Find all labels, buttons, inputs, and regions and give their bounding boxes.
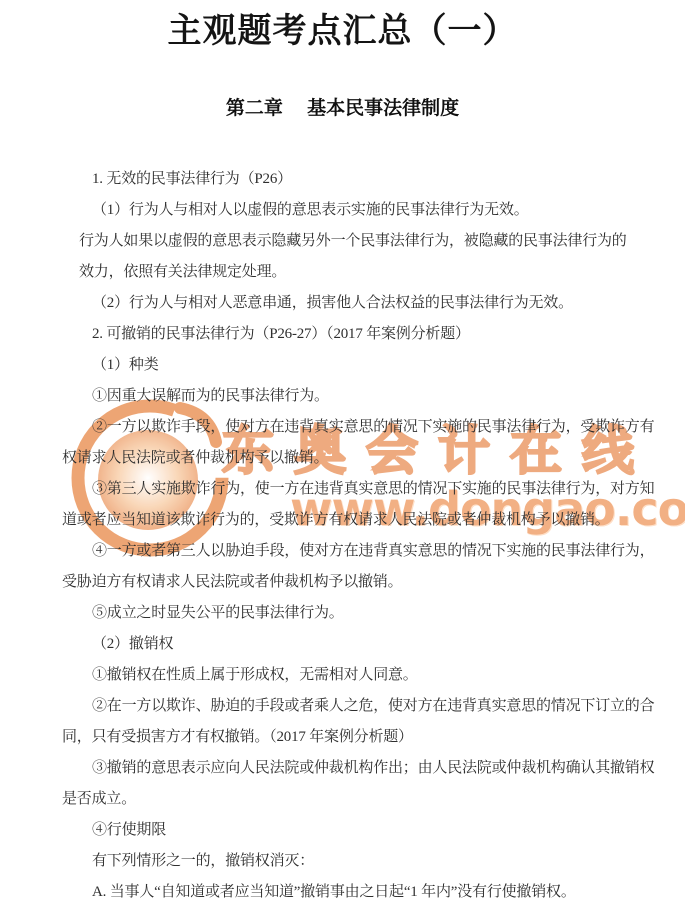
text-line: ②一方以欺诈手段，使对方在违背真实意思的情况下实施的民事法律行为，受欺诈方有 (62, 412, 668, 443)
text-line: 效力，依照有关法律规定处理。 (62, 257, 668, 288)
chapter-heading: 第二章 基本民事法律制度 (0, 94, 685, 124)
text-line: 权请求人民法院或者仲裁机构予以撤销。 (62, 443, 668, 474)
text-line: 2. 可撤销的民事法律行为（P26-27）（2017 年案例分析题） (62, 319, 668, 350)
text-line: 受胁迫方有权请求人民法院或者仲裁机构予以撤销。 (62, 567, 668, 598)
text-line: ⑤成立之时显失公平的民事法律行为。 (62, 598, 668, 629)
text-line: （2）行为人与相对人恶意串通，损害他人合法权益的民事法律行为无效。 (62, 288, 668, 319)
text-line: 道或者应当知道该欺诈行为的，受欺诈方有权请求人民法院或者仲裁机构予以撤销。 (62, 505, 668, 536)
text-line: ③撤销的意思表示应向人民法院或仲裁机构作出；由人民法院或仲裁机构确认其撤销权 (62, 753, 668, 784)
document-title: 主观题考点汇总（一） (0, 8, 685, 54)
text-line: 1. 无效的民事法律行为（P26） (62, 164, 668, 195)
text-line: 是否成立。 (62, 784, 668, 815)
document-body: 1. 无效的民事法律行为（P26）（1）行为人与相对人以虚假的意思表示实施的民事… (62, 164, 668, 908)
document-page: 东奥会计在线 www.dongao.com 主观题考点汇总（一） 第二章 基本民… (0, 0, 685, 916)
text-line: ①撤销权在性质上属于形成权，无需相对人同意。 (62, 660, 668, 691)
text-line: ④一方或者第三人以胁迫手段，使对方在违背真实意思的情况下实施的民事法律行为， (62, 536, 668, 567)
text-line: 有下列情形之一的，撤销权消灭： (62, 846, 668, 877)
text-line: ②在一方以欺诈、胁迫的手段或者乘人之危，使对方在违背真实意思的情况下订立的合 (62, 691, 668, 722)
text-line: 行为人如果以虚假的意思表示隐藏另外一个民事法律行为，被隐藏的民事法律行为的 (62, 226, 668, 257)
text-line: ①因重大误解而为的民事法律行为。 (62, 381, 668, 412)
text-line: ④行使期限 (62, 815, 668, 846)
text-line: A. 当事人“自知道或者应当知道”撤销事由之日起“1 年内”没有行使撤销权。 (62, 877, 668, 908)
text-line: ③第三人实施欺诈行为，使一方在违背真实意思的情况下实施的民事法律行为，对方知 (62, 474, 668, 505)
text-line: 同，只有受损害方才有权撤销。（2017 年案例分析题） (62, 722, 668, 753)
text-line: （1）行为人与相对人以虚假的意思表示实施的民事法律行为无效。 (62, 195, 668, 226)
text-line: （2）撤销权 (62, 629, 668, 660)
text-line: （1）种类 (62, 350, 668, 381)
